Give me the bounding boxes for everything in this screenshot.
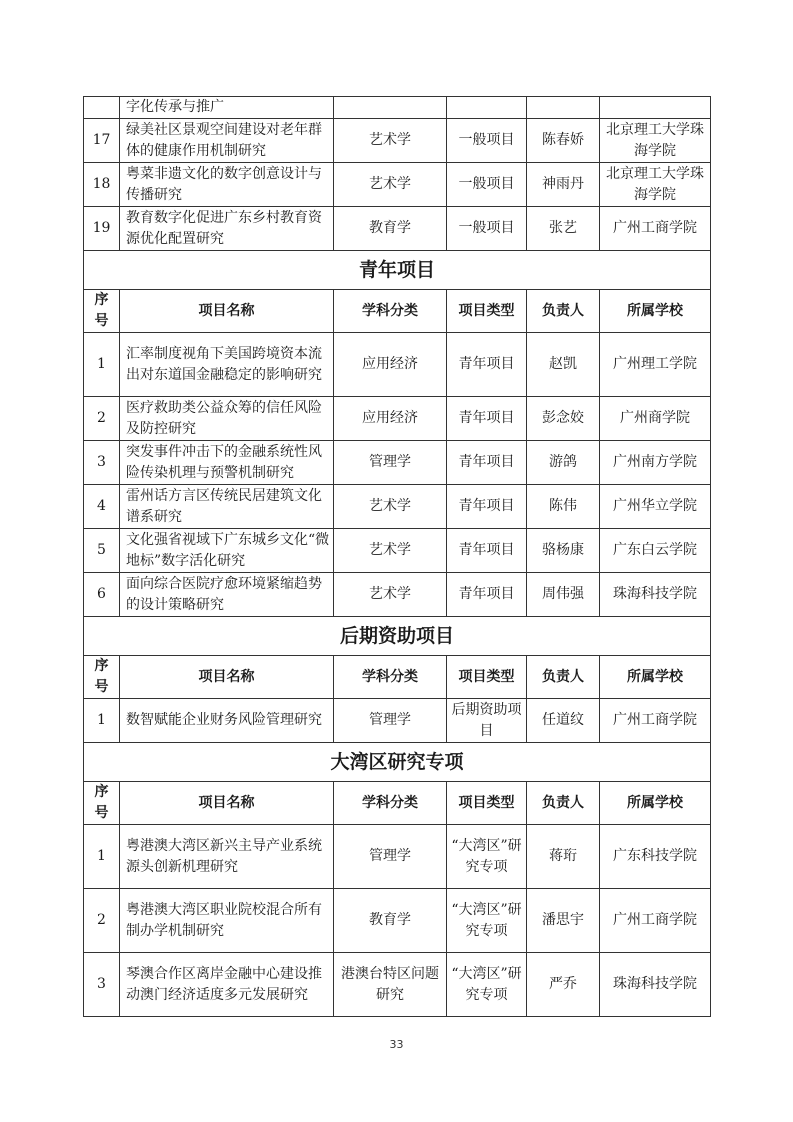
cell-discipline: 艺术学 xyxy=(334,529,447,573)
header-type: 项目类型 xyxy=(447,656,527,699)
cell-type xyxy=(447,97,527,119)
cell-project-name: 琴澳合作区离岸金融中心建设推动澳门经济适度多元发展研究 xyxy=(120,953,334,1017)
cell-leader: 游鸽 xyxy=(527,441,600,485)
cell-leader: 严乔 xyxy=(527,953,600,1017)
cell-no: 2 xyxy=(84,889,120,953)
cell-no: 2 xyxy=(84,397,120,441)
cell-school: 广东白云学院 xyxy=(600,529,711,573)
header-leader: 负责人 xyxy=(527,290,600,333)
table-row: 6 面向综合医院疗愈环境紧缩趋势的设计策略研究 艺术学 青年项目 周伟强 珠海科… xyxy=(84,573,711,617)
page-number: 33 xyxy=(0,1038,793,1051)
cell-no: 1 xyxy=(84,333,120,397)
cell-type: 青年项目 xyxy=(447,485,527,529)
table-row: 4 雷州话方言区传统民居建筑文化谱系研究 艺术学 青年项目 陈伟 广州华立学院 xyxy=(84,485,711,529)
cell-type: “大湾区”研究专项 xyxy=(447,889,527,953)
cell-discipline: 应用经济 xyxy=(334,397,447,441)
header-discipline: 学科分类 xyxy=(334,656,447,699)
cell-leader: 彭念姣 xyxy=(527,397,600,441)
cell-discipline: 艺术学 xyxy=(334,119,447,163)
cell-type: 一般项目 xyxy=(447,207,527,251)
cell-type: 青年项目 xyxy=(447,441,527,485)
cell-type: 青年项目 xyxy=(447,529,527,573)
header-leader: 负责人 xyxy=(527,656,600,699)
section-title-row: 后期资助项目 xyxy=(84,617,711,656)
cell-project-name: 绿美社区景观空间建设对老年群体的健康作用机制研究 xyxy=(120,119,334,163)
cell-school: 珠海科技学院 xyxy=(600,573,711,617)
table-row: 5 文化强省视域下广东城乡文化“微地标”数字活化研究 艺术学 青年项目 骆杨康 … xyxy=(84,529,711,573)
cell-type: 后期资助项目 xyxy=(447,699,527,743)
table-row: 3 琴澳合作区离岸金融中心建设推动澳门经济适度多元发展研究 港澳台特区问题研究 … xyxy=(84,953,711,1017)
section-title-row: 青年项目 xyxy=(84,251,711,290)
table-row: 1 数智赋能企业财务风险管理研究 管理学 后期资助项目 任道纹 广州工商学院 xyxy=(84,699,711,743)
cell-school: 广州工商学院 xyxy=(600,699,711,743)
cell-leader: 蒋珩 xyxy=(527,825,600,889)
cell-leader: 周伟强 xyxy=(527,573,600,617)
cell-project-name: 汇率制度视角下美国跨境资本流出对东道国金融稳定的影响研究 xyxy=(120,333,334,397)
header-type: 项目类型 xyxy=(447,290,527,333)
cell-leader: 任道纹 xyxy=(527,699,600,743)
table-row: 1 粤港澳大湾区新兴主导产业系统源头创新机理研究 管理学 “大湾区”研究专项 蒋… xyxy=(84,825,711,889)
cell-school xyxy=(600,97,711,119)
cell-school: 广州工商学院 xyxy=(600,207,711,251)
cell-school: 珠海科技学院 xyxy=(600,953,711,1017)
cell-discipline: 管理学 xyxy=(334,441,447,485)
cell-type: 青年项目 xyxy=(447,397,527,441)
header-school: 所属学校 xyxy=(600,656,711,699)
cell-leader: 陈春娇 xyxy=(527,119,600,163)
cell-leader: 骆杨康 xyxy=(527,529,600,573)
table-header-row: 序号 项目名称 学科分类 项目类型 负责人 所属学校 xyxy=(84,290,711,333)
cell-leader: 陈伟 xyxy=(527,485,600,529)
cell-no: 5 xyxy=(84,529,120,573)
cell-discipline: 艺术学 xyxy=(334,573,447,617)
header-no: 序号 xyxy=(84,290,120,333)
cell-no: 17 xyxy=(84,119,120,163)
cell-project-name: 教育数字化促进广东乡村教育资源优化配置研究 xyxy=(120,207,334,251)
header-discipline: 学科分类 xyxy=(334,782,447,825)
cell-project-name: 医疗救助类公益众筹的信任风险及防控研究 xyxy=(120,397,334,441)
cell-discipline: 艺术学 xyxy=(334,485,447,529)
cell-type: “大湾区”研究专项 xyxy=(447,953,527,1017)
cell-type: 一般项目 xyxy=(447,119,527,163)
section-title: 大湾区研究专项 xyxy=(84,743,711,782)
project-list-table: 字化传承与推广 17 绿美社区景观空间建设对老年群体的健康作用机制研究 艺术学 … xyxy=(83,96,711,1017)
cell-no xyxy=(84,97,120,119)
cell-type: 青年项目 xyxy=(447,573,527,617)
header-project-name: 项目名称 xyxy=(120,782,334,825)
cell-no: 19 xyxy=(84,207,120,251)
table-header-row: 序号 项目名称 学科分类 项目类型 负责人 所属学校 xyxy=(84,656,711,699)
header-leader: 负责人 xyxy=(527,782,600,825)
cell-school: 广州工商学院 xyxy=(600,889,711,953)
cell-school: 广州理工学院 xyxy=(600,333,711,397)
cell-leader: 张艺 xyxy=(527,207,600,251)
cell-project-name: 数智赋能企业财务风险管理研究 xyxy=(120,699,334,743)
cell-project-name: 粤菜非遗文化的数字创意设计与传播研究 xyxy=(120,163,334,207)
table-row: 2 医疗救助类公益众筹的信任风险及防控研究 应用经济 青年项目 彭念姣 广州商学… xyxy=(84,397,711,441)
header-type: 项目类型 xyxy=(447,782,527,825)
cell-discipline: 艺术学 xyxy=(334,163,447,207)
cell-no: 18 xyxy=(84,163,120,207)
cell-project-name: 字化传承与推广 xyxy=(120,97,334,119)
cell-discipline: 港澳台特区问题研究 xyxy=(334,953,447,1017)
table-header-row: 序号 项目名称 学科分类 项目类型 负责人 所属学校 xyxy=(84,782,711,825)
table-row: 18 粤菜非遗文化的数字创意设计与传播研究 艺术学 一般项目 神雨丹 北京理工大… xyxy=(84,163,711,207)
cell-no: 1 xyxy=(84,699,120,743)
cell-project-name: 粤港澳大湾区新兴主导产业系统源头创新机理研究 xyxy=(120,825,334,889)
cell-school: 北京理工大学珠海学院 xyxy=(600,163,711,207)
cell-type: 一般项目 xyxy=(447,163,527,207)
cell-project-name: 突发事件冲击下的金融系统性风险传染机理与预警机制研究 xyxy=(120,441,334,485)
cell-discipline: 教育学 xyxy=(334,889,447,953)
cell-no: 3 xyxy=(84,953,120,1017)
section-title-row: 大湾区研究专项 xyxy=(84,743,711,782)
header-project-name: 项目名称 xyxy=(120,656,334,699)
cell-project-name: 雷州话方言区传统民居建筑文化谱系研究 xyxy=(120,485,334,529)
header-school: 所属学校 xyxy=(600,782,711,825)
cell-no: 4 xyxy=(84,485,120,529)
header-no: 序号 xyxy=(84,656,120,699)
cell-school: 北京理工大学珠海学院 xyxy=(600,119,711,163)
cell-school: 广州南方学院 xyxy=(600,441,711,485)
header-discipline: 学科分类 xyxy=(334,290,447,333)
header-school: 所属学校 xyxy=(600,290,711,333)
cell-leader xyxy=(527,97,600,119)
cell-no: 6 xyxy=(84,573,120,617)
cell-leader: 赵凯 xyxy=(527,333,600,397)
cell-project-name: 面向综合医院疗愈环境紧缩趋势的设计策略研究 xyxy=(120,573,334,617)
cell-school: 广东科技学院 xyxy=(600,825,711,889)
cell-discipline: 应用经济 xyxy=(334,333,447,397)
section-title: 后期资助项目 xyxy=(84,617,711,656)
cell-discipline: 管理学 xyxy=(334,699,447,743)
table-row: 2 粤港澳大湾区职业院校混合所有制办学机制研究 教育学 “大湾区”研究专项 潘思… xyxy=(84,889,711,953)
cell-type: 青年项目 xyxy=(447,333,527,397)
table-row: 字化传承与推广 xyxy=(84,97,711,119)
cell-school: 广州华立学院 xyxy=(600,485,711,529)
table-row: 19 教育数字化促进广东乡村教育资源优化配置研究 教育学 一般项目 张艺 广州工… xyxy=(84,207,711,251)
cell-leader: 神雨丹 xyxy=(527,163,600,207)
cell-no: 3 xyxy=(84,441,120,485)
header-project-name: 项目名称 xyxy=(120,290,334,333)
cell-school: 广州商学院 xyxy=(600,397,711,441)
section-title: 青年项目 xyxy=(84,251,711,290)
table-row: 1 汇率制度视角下美国跨境资本流出对东道国金融稳定的影响研究 应用经济 青年项目… xyxy=(84,333,711,397)
cell-leader: 潘思宇 xyxy=(527,889,600,953)
header-no: 序号 xyxy=(84,782,120,825)
table-row: 3 突发事件冲击下的金融系统性风险传染机理与预警机制研究 管理学 青年项目 游鸽… xyxy=(84,441,711,485)
cell-no: 1 xyxy=(84,825,120,889)
table-row: 17 绿美社区景观空间建设对老年群体的健康作用机制研究 艺术学 一般项目 陈春娇… xyxy=(84,119,711,163)
cell-discipline xyxy=(334,97,447,119)
cell-project-name: 粤港澳大湾区职业院校混合所有制办学机制研究 xyxy=(120,889,334,953)
cell-discipline: 教育学 xyxy=(334,207,447,251)
cell-discipline: 管理学 xyxy=(334,825,447,889)
cell-project-name: 文化强省视域下广东城乡文化“微地标”数字活化研究 xyxy=(120,529,334,573)
cell-type: “大湾区”研究专项 xyxy=(447,825,527,889)
